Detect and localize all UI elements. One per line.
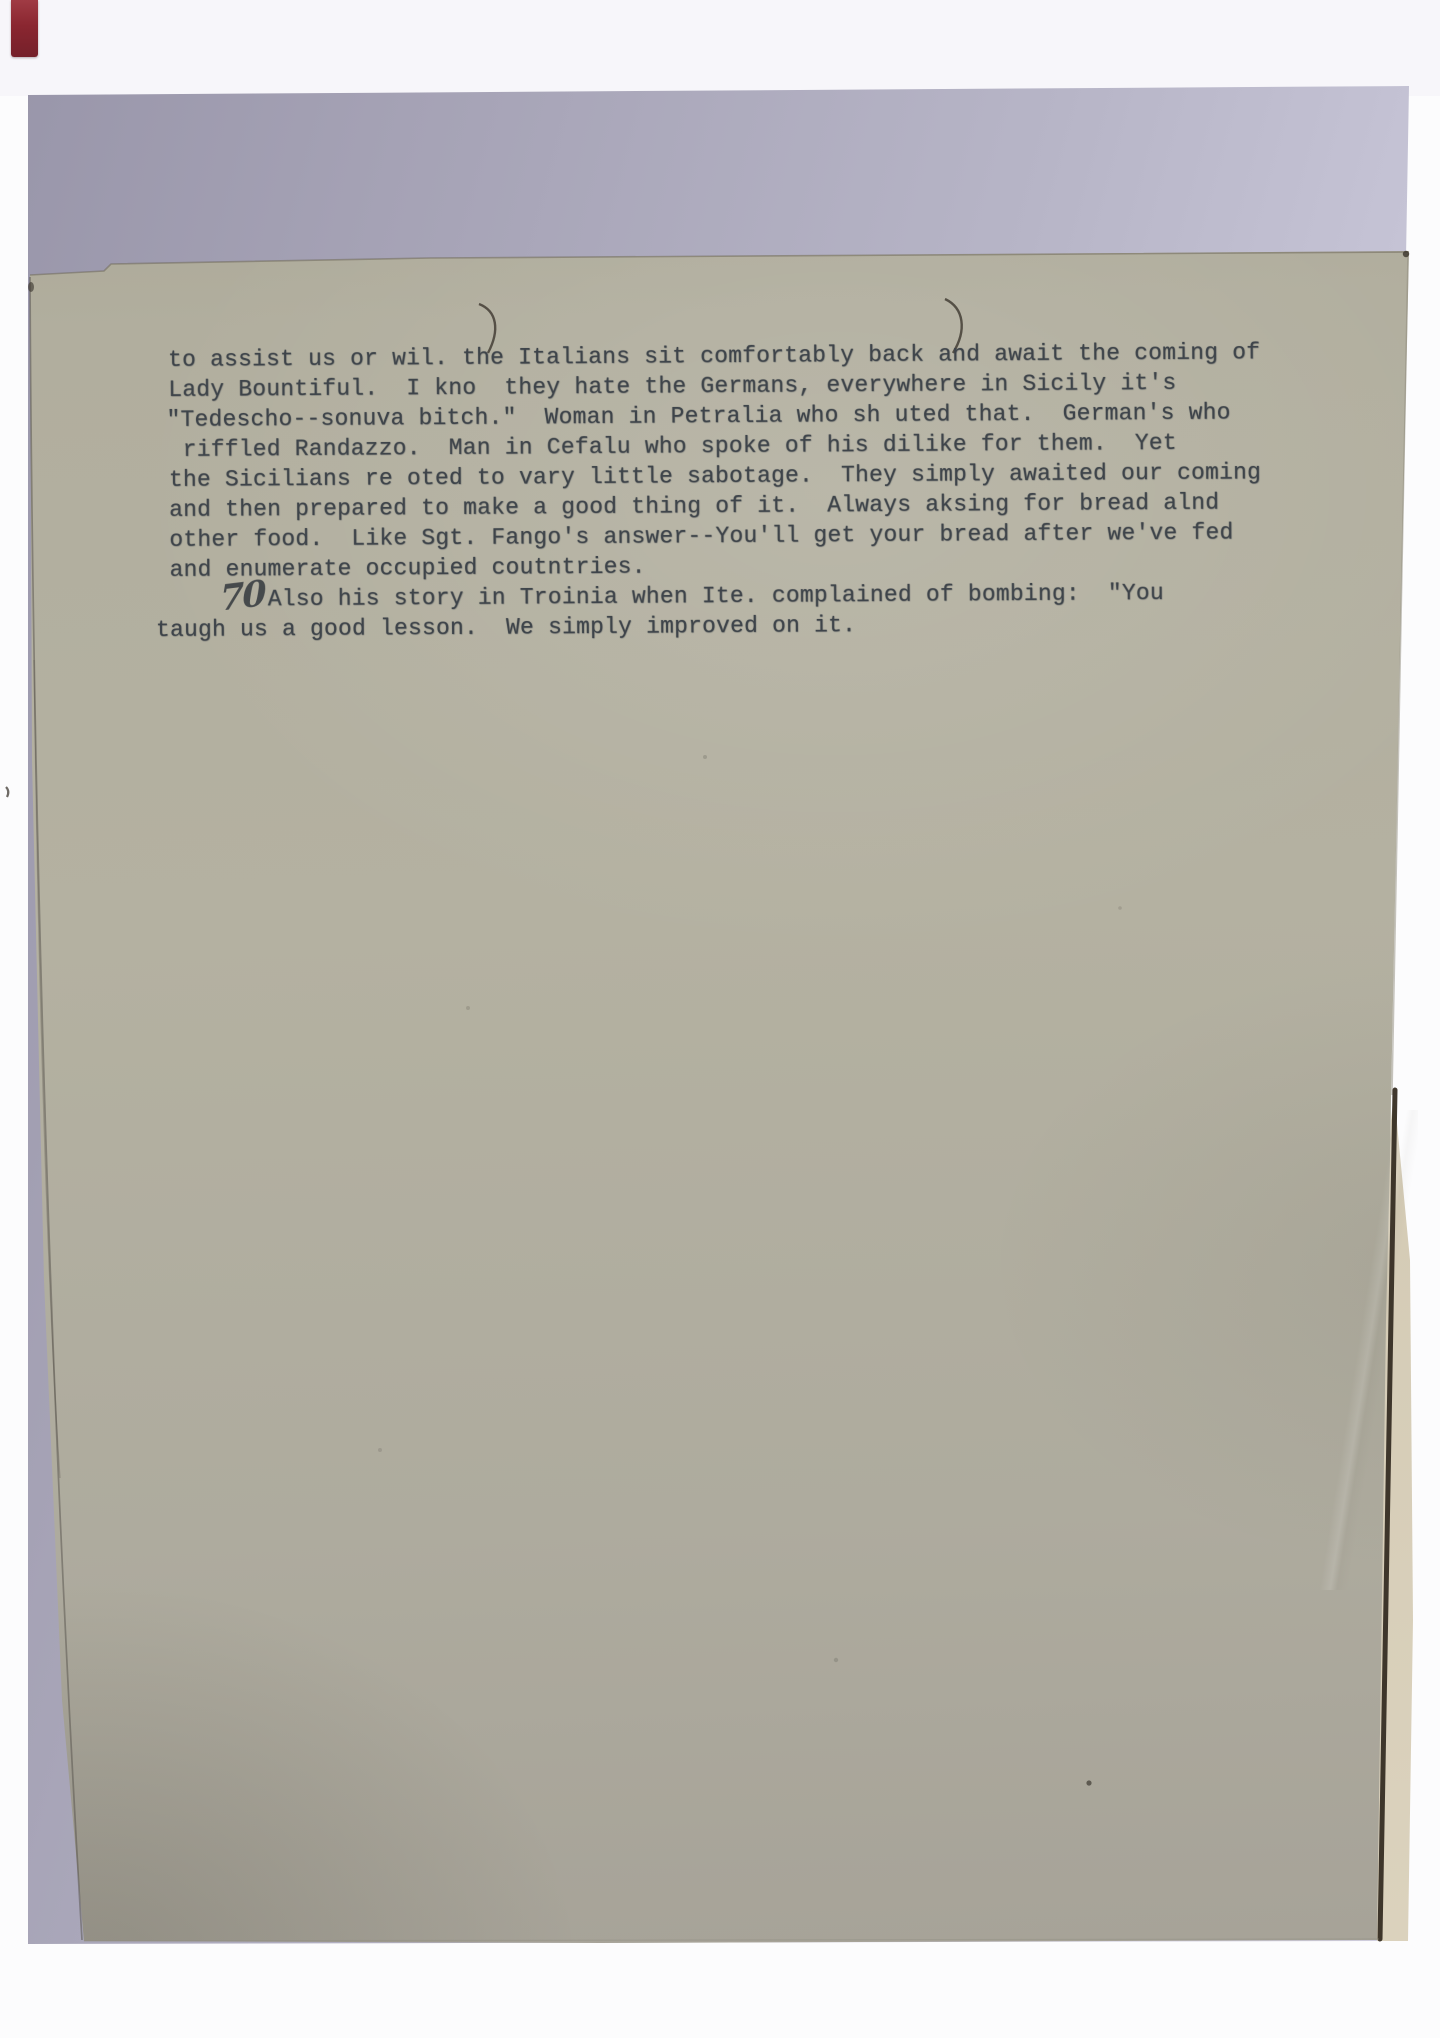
paper-left-inner-sheet-line	[34, 660, 60, 1478]
typewritten-text-block: to assist us or wil. the Italians sit co…	[168, 337, 1380, 645]
scanned-document-view: to assist us or wil. the Italians sit co…	[0, 0, 1440, 2038]
paper-speck	[703, 755, 707, 759]
margin-comma-mark	[6, 787, 8, 797]
top-left-corner-mark	[28, 282, 34, 292]
paper-speck	[1086, 1780, 1091, 1785]
paper-right-edge-dark	[1380, 1090, 1395, 1939]
paper-top-edge-line	[30, 252, 1408, 275]
paper-speck	[1118, 906, 1122, 910]
paper-speck	[834, 1658, 838, 1662]
paper-left-edge-line	[30, 277, 82, 1940]
paper-bottom-edge-line	[84, 1939, 1379, 1941]
top-right-corner-mark	[1403, 251, 1409, 257]
paper-speck	[466, 1006, 470, 1010]
handwritten-number: 70	[220, 573, 265, 620]
paper-right-edge-upper	[1392, 254, 1408, 1095]
page-edge-overlay	[0, 0, 1440, 2038]
paper-speck	[378, 1448, 382, 1452]
